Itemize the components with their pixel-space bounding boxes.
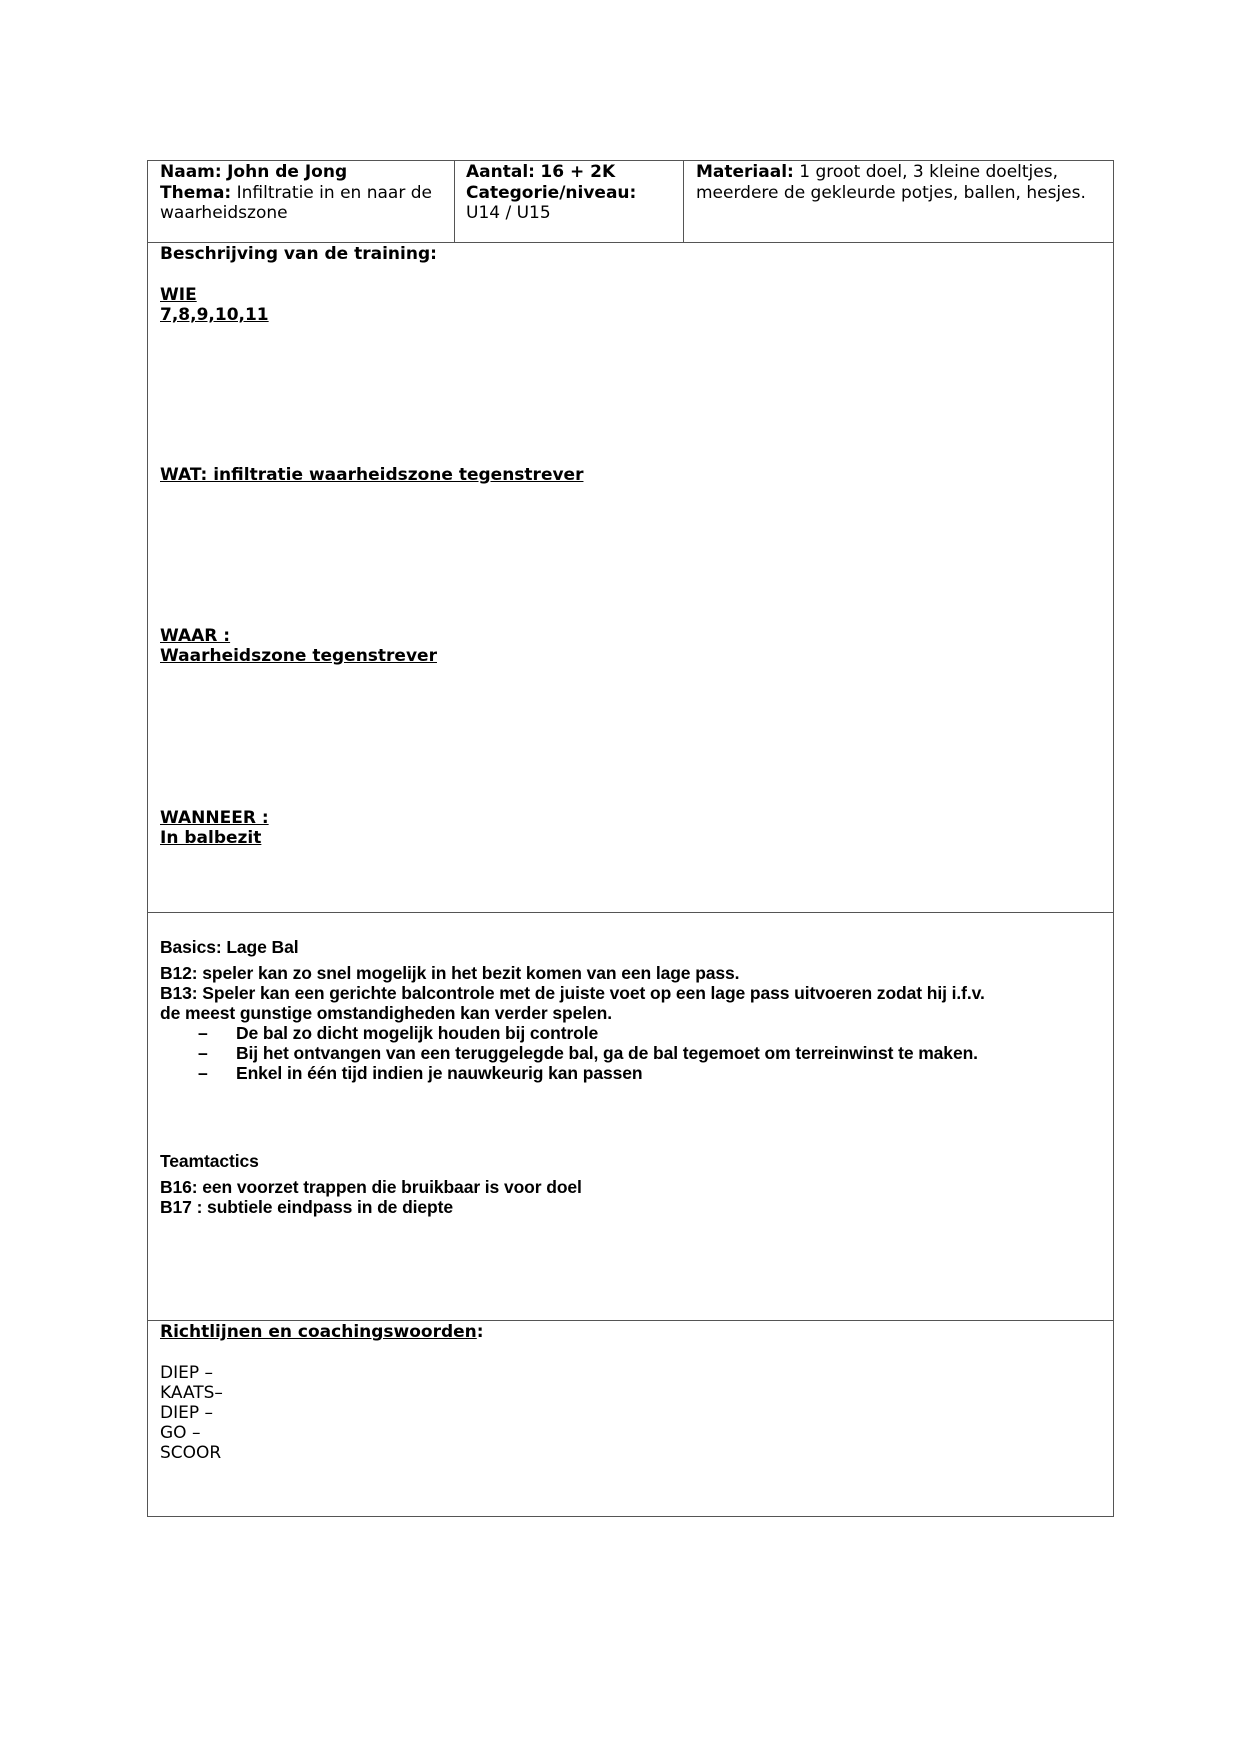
- dash-bullet-icon: –: [160, 1063, 236, 1084]
- naam-label: Naam:: [160, 162, 222, 182]
- categorie-value: U14 / U15: [466, 203, 671, 224]
- basics-title: Basics: Lage Bal: [160, 937, 298, 958]
- dash-bullet-icon: –: [160, 1023, 236, 1044]
- waar-value: Waarheidszone tegenstrever: [160, 646, 437, 667]
- coaching-word: KAATS–: [160, 1383, 223, 1404]
- bullet-text: De bal zo dicht mogelijk houden bij cont…: [236, 1023, 598, 1044]
- training-form-table: Naam: John de Jong Thema: Infiltratie in…: [147, 160, 1114, 1517]
- waar-label: WAAR :: [160, 626, 230, 647]
- basics-b13-line1: B13: Speler kan een gerichte balcontrole…: [160, 983, 985, 1004]
- basics-b13-line2: de meest gunstige omstandigheden kan ver…: [160, 1003, 612, 1024]
- bullet-text: Bij het ontvangen van een teruggelegde b…: [236, 1043, 978, 1064]
- wie-value: 7,8,9,10,11: [160, 305, 269, 326]
- count-cell: Aantal: 16 + 2K Categorie/niveau: U14 / …: [455, 161, 684, 242]
- description-row: Beschrijving van de training: WIE 7,8,9,…: [148, 242, 1113, 912]
- coaching-row: Richtlijnen en coachingswoorden: DIEP – …: [148, 1320, 1113, 1516]
- bullet-text: Enkel in één tijd indien je nauwkeurig k…: [236, 1063, 642, 1084]
- wanneer-label: WANNEER :: [160, 808, 269, 829]
- teamtactics-b16: B16: een voorzet trappen die bruikbaar i…: [160, 1177, 582, 1198]
- wanneer-value: In balbezit: [160, 828, 261, 849]
- wie-label: WIE: [160, 285, 197, 306]
- teamtactics-b17: B17 : subtiele eindpass in de diepte: [160, 1197, 453, 1218]
- trainer-cell: Naam: John de Jong Thema: Infiltratie in…: [148, 161, 455, 242]
- description-title: Beschrijving van de training:: [160, 244, 437, 265]
- coaching-word: GO –: [160, 1423, 200, 1444]
- header-row: Naam: John de Jong Thema: Infiltratie in…: [148, 161, 1113, 242]
- thema-label: Thema:: [160, 183, 231, 203]
- naam-value: John de Jong: [227, 162, 347, 182]
- basics-row: Basics: Lage Bal B12: speler kan zo snel…: [148, 912, 1113, 1320]
- wat-heading: WAT: infiltratie waarheidszone tegenstre…: [160, 465, 583, 486]
- coaching-word: SCOOR: [160, 1443, 221, 1464]
- list-item: – Enkel in één tijd indien je nauwkeurig…: [160, 1063, 642, 1084]
- material-cell: Materiaal: 1 groot doel, 3 kleine doeltj…: [684, 161, 1113, 242]
- coaching-word: DIEP –: [160, 1363, 213, 1384]
- basics-section: Basics: Lage Bal B12: speler kan zo snel…: [148, 913, 1113, 1320]
- list-item: – Bij het ontvangen van een teruggelegde…: [160, 1043, 978, 1064]
- dash-bullet-icon: –: [160, 1043, 236, 1064]
- teamtactics-title: Teamtactics: [160, 1151, 259, 1172]
- aantal-label: Aantal:: [466, 162, 535, 182]
- description-section: Beschrijving van de training: WIE 7,8,9,…: [148, 243, 1113, 912]
- basics-b12: B12: speler kan zo snel mogelijk in het …: [160, 963, 739, 984]
- list-item: – De bal zo dicht mogelijk houden bij co…: [160, 1023, 598, 1044]
- coaching-title: Richtlijnen en coachingswoorden:: [160, 1322, 484, 1343]
- categorie-label: Categorie/niveau:: [466, 183, 671, 204]
- aantal-value: 16 + 2K: [540, 162, 615, 182]
- coaching-section: Richtlijnen en coachingswoorden: DIEP – …: [148, 1321, 1113, 1516]
- coaching-word: DIEP –: [160, 1403, 213, 1424]
- materiaal-label: Materiaal:: [696, 162, 794, 182]
